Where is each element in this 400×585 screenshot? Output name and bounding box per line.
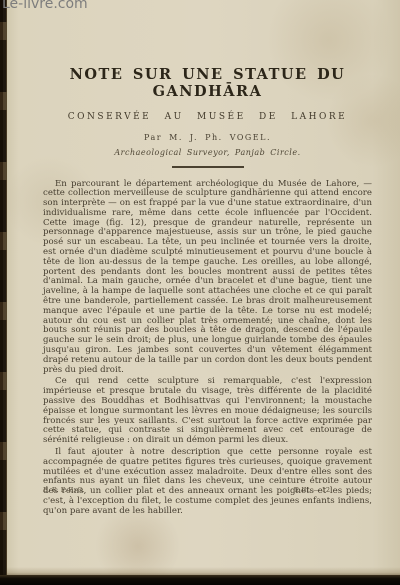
title-divider — [172, 166, 244, 168]
article-subtitle: CONSERVÉE AU MUSÉE DE LAHORE — [43, 112, 372, 122]
article-affiliation: Archaeological Surveyor, Panjab Circle. — [43, 148, 372, 157]
article-body: En parcourant le département archéologiq… — [43, 180, 372, 517]
page-footer: B. E. F. E.-O. T. III. — 12 — [43, 486, 372, 494]
watermark-text: Le-livre.com — [2, 0, 88, 12]
paper-bottom-shadow — [3, 567, 400, 575]
scanner-bottom-edge — [0, 575, 400, 585]
footer-sheet-number: T. III. — 12 — [294, 486, 330, 494]
scan-background: NOTE SUR UNE STATUE DU GANDHĀRA CONSERVÉ… — [0, 0, 400, 585]
article-content: NOTE SUR UNE STATUE DU GANDHĀRA CONSERVÉ… — [43, 0, 372, 519]
body-paragraph: Ce qui rend cette sculpture si remarquab… — [43, 377, 372, 446]
body-paragraph: Il faut ajouter à notre description que … — [43, 448, 372, 517]
book-binding-edge — [0, 0, 7, 585]
body-paragraph: En parcourant le département archéologiq… — [43, 180, 372, 376]
article-byline: Par M. J. Ph. VOGEL. — [43, 133, 372, 142]
article-title: NOTE SUR UNE STATUE DU GANDHĀRA — [43, 66, 372, 100]
footer-journal-signature: B. E. F. E.-O. — [43, 486, 84, 494]
page-paper: NOTE SUR UNE STATUE DU GANDHĀRA CONSERVÉ… — [3, 0, 400, 575]
